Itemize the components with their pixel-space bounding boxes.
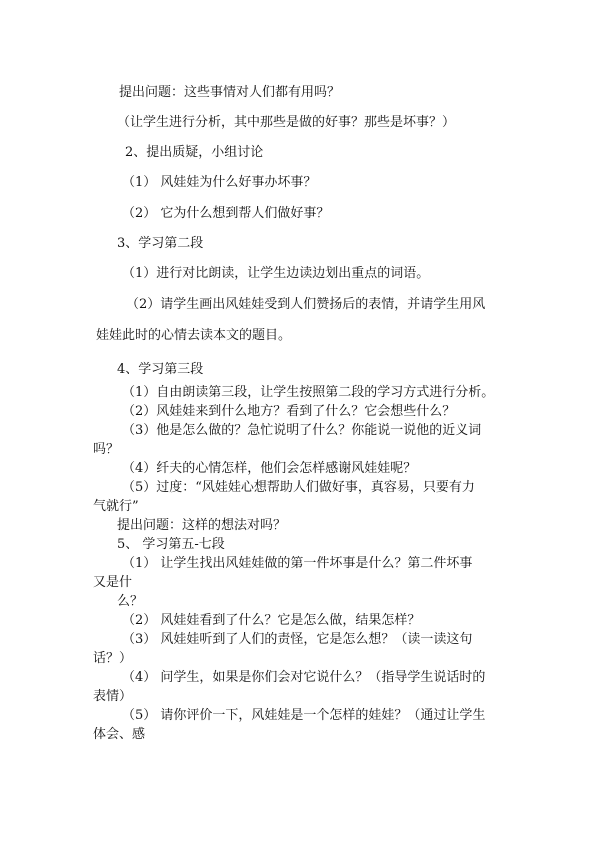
- text-line: （3）他是怎么做的？急忙说明了什么？你能说一说他的近义词: [122, 423, 481, 439]
- text-line: （1） 风娃娃为什么好事办坏事？: [122, 175, 316, 191]
- text-line: 话？）: [93, 651, 132, 667]
- text-line: （1）进行对比朗读，让学生边读边划出重点的词语。: [122, 266, 429, 282]
- text-line: 提出问题：这些事情对人们都有用吗？: [119, 85, 340, 101]
- text-line: 娃娃此时的心情去读本文的题目。: [96, 328, 291, 344]
- text-line: 表情）: [93, 689, 132, 705]
- text-line: 5、 学习第五-七段: [117, 537, 225, 553]
- text-line: （2）风娃娃来到什么地方？看到了什么？它会想些什么？: [122, 404, 455, 420]
- text-line: 2、提出质疑，小组讨论: [125, 145, 263, 161]
- text-line: （2） 它为什么想到帮人们做好事？: [122, 206, 329, 222]
- text-line: （3） 风娃娃听到了人们的责怪，它是怎么想？（读一读这句: [122, 632, 472, 648]
- text-line: 体会、感: [93, 727, 145, 743]
- text-line: （2） 风娃娃看到了什么？它是怎么做，结果怎样？: [122, 613, 420, 629]
- text-line: 吗？: [93, 442, 119, 458]
- text-line: （2）请学生画出风娃娃受到人们赞扬后的表情，并请学生用风: [126, 297, 485, 313]
- text-line: （5）过度：“风娃娃心想帮助人们做好事，真容易，只要有力: [122, 480, 475, 496]
- text-line: （让学生进行分析，其中那些是做的好事？那些是坏事？）: [117, 115, 455, 131]
- text-line: 又是什: [93, 575, 132, 591]
- text-line: 4、学习第三段: [117, 362, 203, 378]
- text-line: 提出问题：这样的想法对吗？: [117, 518, 286, 534]
- text-line: 气就行”: [93, 499, 139, 515]
- text-line: （4） 问学生，如果是你们会对它说什么？（指导学生说话时的: [122, 670, 485, 686]
- text-line: 3、学习第二段: [117, 236, 203, 252]
- text-line: 么？: [117, 594, 143, 610]
- text-line: （1） 让学生找出风娃娃做的第一件坏事是什么？第二件坏事: [122, 556, 472, 572]
- text-line: （5） 请你评价一下，风娃娃是一个怎样的娃娃？（通过让学生: [122, 708, 485, 724]
- text-line: （1）自由朗读第三段，让学生按照第二段的学习方式进行分析。: [122, 385, 494, 401]
- text-line: （4）纤夫的心情怎样，他们会怎样感谢风娃娃呢？: [122, 461, 416, 477]
